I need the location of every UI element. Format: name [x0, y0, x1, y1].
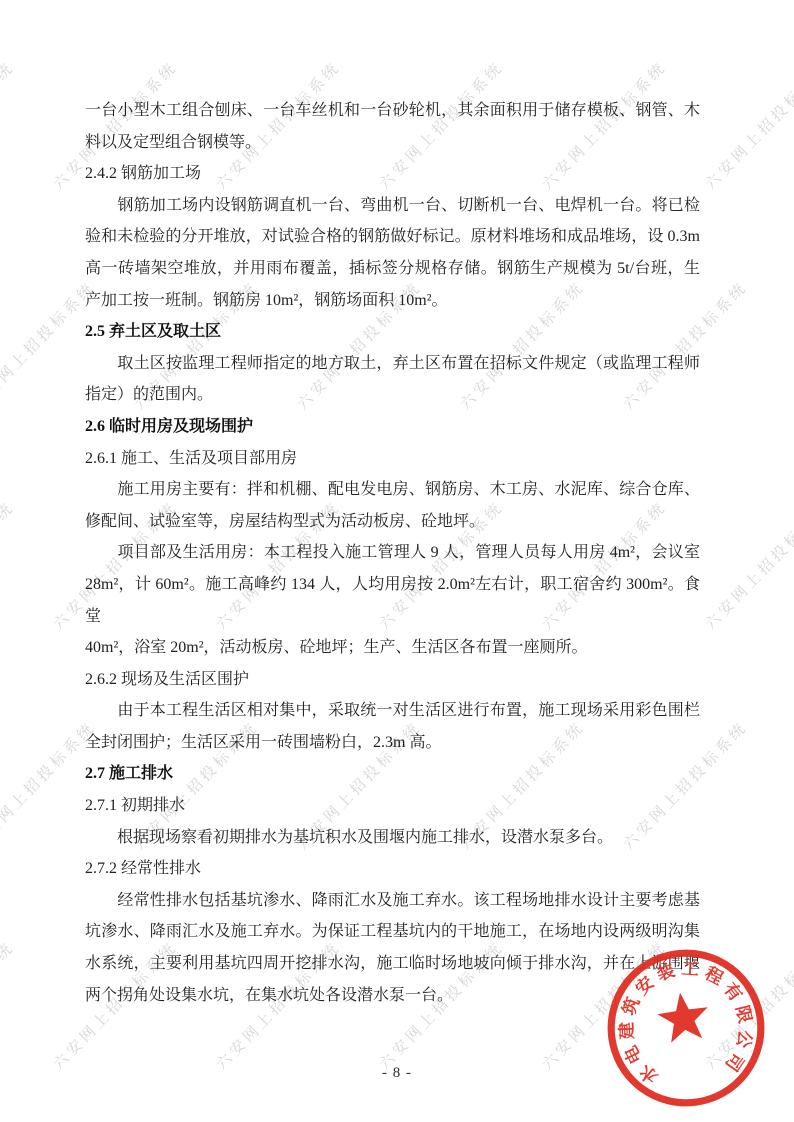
section-heading: 2.6.2 现场及生活区围护: [85, 664, 700, 696]
text-line: 项目部及生活用房：本工程投入施工管理人 9 人，管理人员每人用房 4m²，会议室: [85, 537, 700, 569]
text-line: 2.5 弃土区及取土区: [85, 316, 700, 348]
paragraph: 由于本工程生活区相对集中，采取统一对生活区进行布置，施工现场采用彩色围栏全封闭围…: [85, 695, 700, 758]
text-line: 2.7 施工排水: [85, 758, 700, 790]
document-page: 六安网上招投标系统六安网上招投标系统六安网上招投标系统六安网上招投标系统六安网上…: [0, 0, 794, 1122]
text-line: 水系统，主要利用基坑四周开挖排水沟，施工临时场地坡向倾于排水沟，并在上游围堰: [85, 948, 700, 980]
text-line: 全封闭围护；生活区采用一砖围墙粉白，2.3m 高。: [85, 727, 700, 759]
paragraph: 取土区按监理工程师指定的地方取土，弃土区布置在招标文件规定（或监理工程师指定）的…: [85, 348, 700, 411]
text-line: 验和未检验的分开堆放，对试验合格的钢筋做好标记。原材料堆场和成品堆场，设 0.3…: [85, 221, 700, 253]
watermark-text: 六安网上招投标系统: [0, 936, 19, 1074]
text-line: 2.7.2 经常性排水: [85, 853, 700, 885]
paragraph: 钢筋加工场内设钢筋调直机一台、弯曲机一台、切断机一台、电焊机一台。将已检验和未检…: [85, 190, 700, 316]
section-heading: 2.6.1 施工、生活及项目部用房: [85, 443, 700, 475]
text-line: 由于本工程生活区相对集中，采取统一对生活区进行布置，施工现场采用彩色围栏: [85, 695, 700, 727]
watermark-text: 六安网上招投标系统: [700, 56, 794, 194]
seal-ring-char: 限: [731, 1004, 755, 1026]
watermark-text: 六安网上招投标系统: [0, 496, 19, 634]
watermark-text: 六安网上招投标系统: [700, 936, 794, 1074]
text-line: 产加工按一班制。钢筋房 10m²，钢筋场面积 10m²。: [85, 285, 700, 317]
text-line: 根据现场察看初期排水为基坑积水及围堰内施工排水，设潜水泵多台。: [85, 822, 700, 854]
text-line: 28m²，计 60m²。施工高峰约 134 人，人均用房按 2.0m²左右计，职…: [85, 569, 700, 632]
text-line: 两个拐角处设集水坑，在集水坑处各设潜水泵一台。: [85, 980, 700, 1012]
paragraph: 经常性排水包括基坑渗水、降雨汇水及施工弃水。该工程场地排水设计主要考虑基坑渗水、…: [85, 885, 700, 1011]
text-line: 取土区按监理工程师指定的地方取土，弃土区布置在招标文件规定（或监理工程师: [85, 348, 700, 380]
section-heading: 2.7.2 经常性排水: [85, 853, 700, 885]
text-line: 2.6.1 施工、生活及项目部用房: [85, 443, 700, 475]
text-line: 指定）的范围内。: [85, 379, 700, 411]
text-line: 高一砖墙架空堆放，并用雨布覆盖，插标签分规格存储。钢筋生产规模为 5t/台班，生: [85, 253, 700, 285]
text-line: 2.4.2 钢筋加工场: [85, 158, 700, 190]
text-line: 一台小型木工组合刨床、一台车丝机和一台砂轮机，其余面积用于储存模板、钢管、木: [85, 95, 700, 127]
text-line: 40m²，浴室 20m²，活动板房、砼地坪；生产、生活区各布置一座厕所。: [85, 632, 700, 664]
seal-ring-char: 程: [701, 963, 727, 990]
paragraph: 施工用房主要有：拌和机棚、配电发电房、钢筋房、木工房、水泥库、综合仓库、修配间、…: [85, 474, 700, 537]
section-heading: 2.7.1 初期排水: [85, 790, 700, 822]
text-line: 钢筋加工场内设钢筋调直机一台、弯曲机一台、切断机一台、电焊机一台。将已检: [85, 190, 700, 222]
section-heading: 2.5 弃土区及取土区: [85, 316, 700, 348]
seal-ring-char: 公: [732, 1029, 755, 1050]
section-heading: 2.4.2 钢筋加工场: [85, 158, 700, 190]
text-line: 2.6 临时用房及现场围护: [85, 411, 700, 443]
paragraph: 一台小型木工组合刨床、一台车丝机和一台砂轮机，其余面积用于储存模板、钢管、木料以…: [85, 95, 700, 158]
paragraph: 根据现场察看初期排水为基坑积水及围堰内施工排水，设潜水泵多台。: [85, 822, 700, 854]
seal-ring-char: 有: [719, 979, 747, 1006]
text-line: 修配间、试验室等，房屋结构型式为活动板房、砼地坪。: [85, 506, 700, 538]
section-heading: 2.6 临时用房及现场围护: [85, 411, 700, 443]
text-line: 2.7.1 初期排水: [85, 790, 700, 822]
watermark-text: 六安网上招投标系统: [700, 496, 794, 634]
page-number: - 8 -: [0, 1065, 794, 1082]
watermark-text: 六安网上招投标系统: [0, 56, 19, 194]
text-line: 2.6.2 现场及生活区围护: [85, 664, 700, 696]
paragraph: 项目部及生活用房：本工程投入施工管理人 9 人，管理人员每人用房 4m²，会议室…: [85, 537, 700, 663]
document-body: 一台小型木工组合刨床、一台车丝机和一台砂轮机，其余面积用于储存模板、钢管、木料以…: [85, 95, 700, 1011]
section-heading: 2.7 施工排水: [85, 758, 700, 790]
text-line: 坑渗水、降雨汇水及施工弃水。为保证工程基坑内的干地施工，在场地内设两级明沟集: [85, 916, 700, 948]
text-line: 经常性排水包括基坑渗水、降雨汇水及施工弃水。该工程场地排水设计主要考虑基: [85, 885, 700, 917]
seal-ring-char: 建: [616, 1021, 638, 1040]
text-line: 施工用房主要有：拌和机棚、配电发电房、钢筋房、木工房、水泥库、综合仓库、: [85, 474, 700, 506]
text-line: 料以及定型组合钢模等。: [85, 127, 700, 159]
seal-ring-char: 电: [620, 1042, 647, 1068]
